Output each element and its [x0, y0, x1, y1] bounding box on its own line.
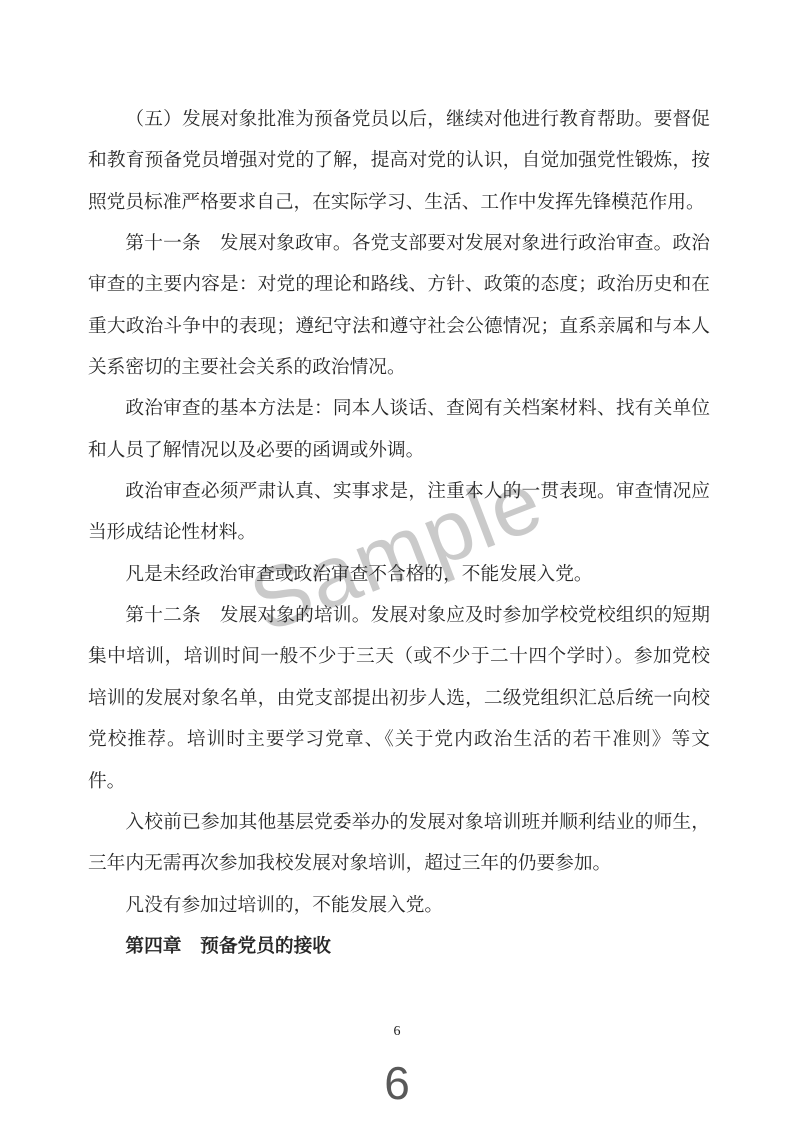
body-paragraph: 入校前已参加其他基层党委举办的发展对象培训班并顺利结业的师生，三年内无需再次参加… [88, 802, 710, 885]
body-paragraph: 凡没有参加过培训的，不能发展入党。 [88, 885, 710, 926]
body-paragraph: 第十一条 发展对象政审。各党支部要对发展对象进行政治审查。政治审查的主要内容是：… [88, 223, 710, 388]
body-paragraph: 政治审查的基本方法是：同本人谈话、查阅有关档案材料、找有关单位和人员了解情况以及… [88, 388, 710, 471]
footer-page-number: 6 [0, 1024, 794, 1040]
body-paragraph: 政治审查必须严肃认真、实事求是，注重本人的一贯表现。审查情况应当形成结论性材料。 [88, 471, 710, 554]
document-page: Sample （五）发展对象批准为预备党员以后，继续对他进行教育帮助。要督促和教… [0, 0, 794, 1122]
body-paragraph: 凡是未经政治审查或政治审查不合格的，不能发展入党。 [88, 554, 710, 595]
chapter-heading: 第四章 预备党员的接收 [88, 926, 710, 967]
body-paragraph: （五）发展对象批准为预备党员以后，继续对他进行教育帮助。要督促和教育预备党员增强… [88, 99, 710, 223]
document-body: （五）发展对象批准为预备党员以后，继续对他进行教育帮助。要督促和教育预备党员增强… [88, 99, 710, 967]
viewer-page-number: 6 [0, 1056, 794, 1110]
body-paragraph: 第十二条 发展对象的培训。发展对象应及时参加学校党校组织的短期集中培训，培训时间… [88, 595, 710, 802]
